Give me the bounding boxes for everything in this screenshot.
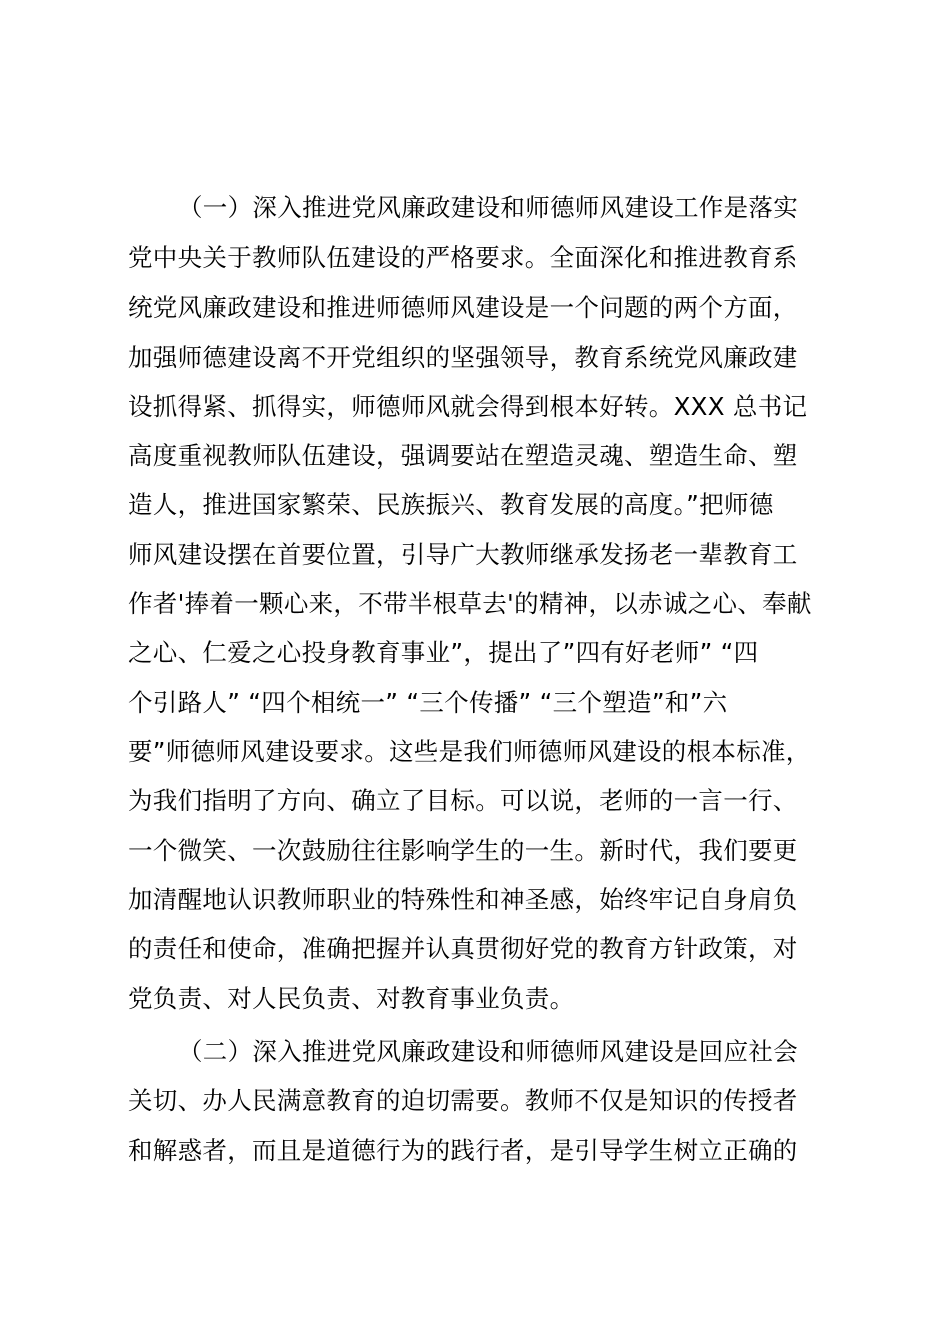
paragraph-1-line-14: 一个微笑、一次鼓励往往影响学生的一生。新时代，我们要更: [128, 826, 848, 876]
paragraph-1-line-11: 个引路人” “四个相统一” “三个传播” “三个塑造”和”六: [128, 678, 848, 728]
paragraph-1-line-8: 师风建设摆在首要位置，引导广大教师继承发扬老一辈教育工: [128, 530, 848, 580]
document-page: （一）深入推进党风廉政建设和师德师风建设工作是落实 党中央关于教师队伍建设的严格…: [0, 0, 950, 1344]
paragraph-2-line-2: 关切、办人民满意教育的迫切需要。教师不仅是知识的传授者: [128, 1076, 848, 1126]
paragraph-1-line-12: 要”师德师风建设要求。这些是我们师德师风建设的根本标准，: [128, 727, 848, 777]
paragraph-1-line-16: 的责任和使命，准确把握并认真贯彻好党的教育方针政策，对: [128, 924, 848, 974]
paragraph-1-line-9: 作者'捧着一颗心来，不带半根草去'的精神，以赤诚之心、奉献: [128, 579, 848, 629]
paragraph-2-line-3: 和解惑者，而且是道德行为的践行者，是引导学生树立正确的: [128, 1126, 848, 1176]
paragraph-1-line-6: 高度重视教师队伍建设，强调要站在塑造灵魂、塑造生命、塑: [128, 431, 848, 481]
paragraph-1-line-5: 设抓得紧、抓得实，师德师风就会得到根本好转。XXX 总书记: [128, 382, 848, 432]
paragraph-1-line-2: 党中央关于教师队伍建设的严格要求。全面深化和推进教育系: [128, 233, 848, 283]
paragraph-1-line-15: 加清醒地认识教师职业的特殊性和神圣感，始终牢记自身肩负: [128, 875, 848, 925]
paragraph-1-line-17: 党负责、对人民负责、对教育事业负责。: [128, 974, 848, 1024]
paragraph-1-line-3: 统党风廉政建设和推进师德师风建设是一个问题的两个方面，: [128, 283, 848, 333]
paragraph-1-line-13: 为我们指明了方向、确立了目标。可以说，老师的一言一行、: [128, 776, 848, 826]
paragraph-1-line-4: 加强师德建设离不开党组织的坚强领导，教育系统党风廉政建: [128, 333, 848, 383]
paragraph-1-line-10: 之心、仁爱之心投身教育事业”，提出了”四有好老师” “四: [128, 628, 848, 678]
paragraph-2-line-1: （二）深入推进党风廉政建设和师德师风建设是回应社会: [178, 1027, 898, 1077]
paragraph-1-line-7: 造人，推进国家繁荣、民族振兴、教育发展的高度。”把师德: [128, 480, 848, 530]
paragraph-1-line-1: （一）深入推进党风廉政建设和师德师风建设工作是落实: [178, 183, 898, 233]
